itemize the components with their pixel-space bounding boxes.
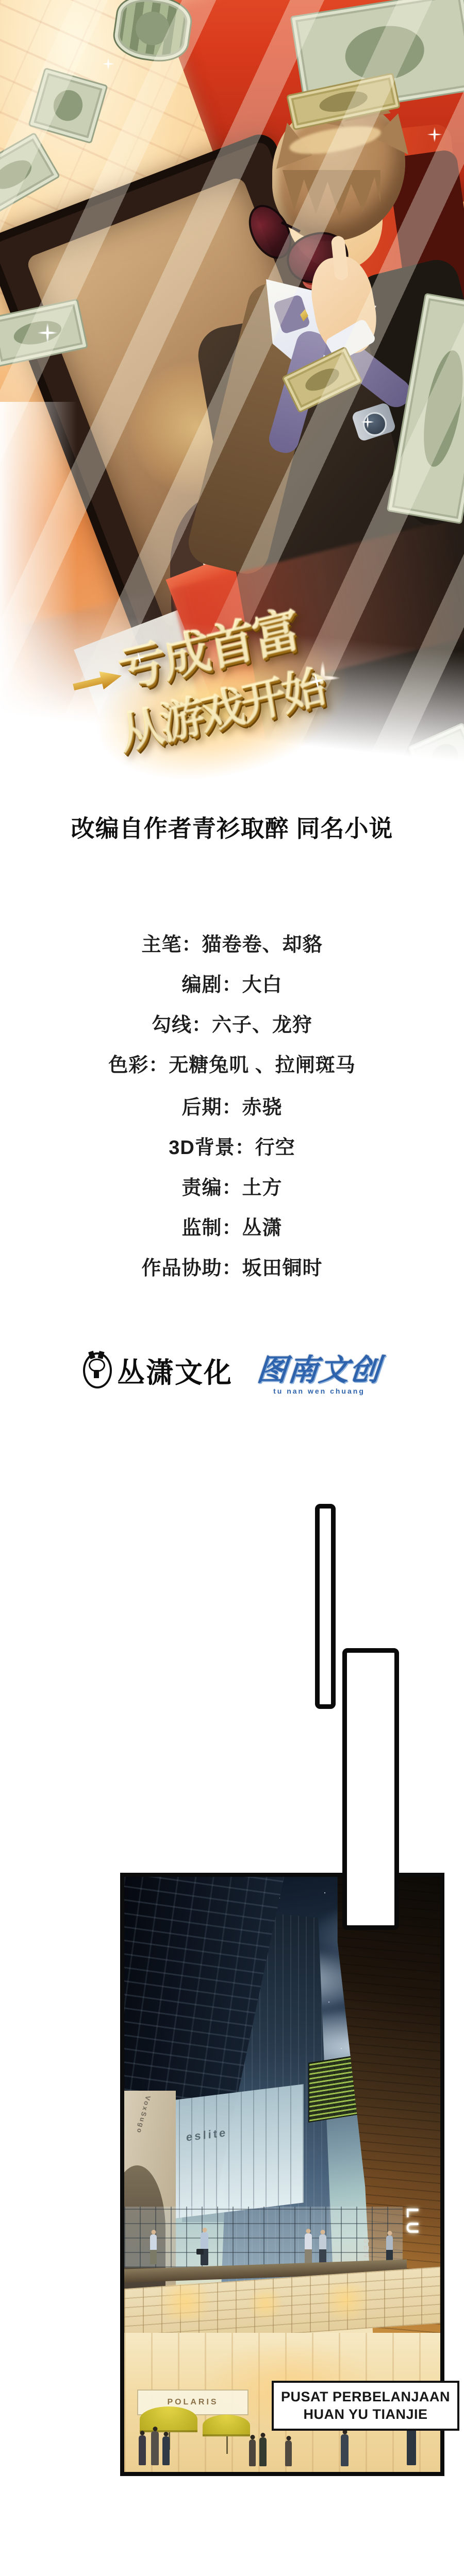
tunan-wenchuang-logo: 图南文创 tu nan wen chuang	[257, 1346, 381, 1395]
adaptation-note: 改编自作者青衫取醉 同名小说	[0, 810, 464, 844]
pedestrian	[319, 2234, 326, 2264]
credit-line: 监制：丛潇	[0, 1212, 464, 1240]
credit-line: 责编：土方	[0, 1172, 464, 1200]
shopper	[139, 2435, 146, 2465]
caption-line-2: HUAN YU TIANJIE	[303, 2406, 427, 2424]
publisher-logos: 丛潇文化 图南文创 tu nan wen chuang	[0, 1340, 464, 1401]
credit-line: 色彩：无糖兔叽 、拉闸斑马	[0, 1049, 464, 1077]
narrow-panel-1	[315, 1504, 336, 1709]
umbrella	[140, 2406, 197, 2432]
credit-line: 3D背景：行空	[0, 1131, 464, 1160]
mascot-ear	[97, 1351, 104, 1359]
publisher-right-name: 图南文创	[255, 1346, 383, 1389]
narrow-panel-2	[342, 1648, 399, 1930]
shopper	[162, 2436, 170, 2465]
mascot-ear	[88, 1351, 95, 1359]
umbrella	[203, 2415, 250, 2436]
skybridge-glass	[124, 2207, 403, 2267]
credit-line: 编剧：大白	[0, 969, 464, 997]
lu-glow-sign: LU	[403, 2208, 422, 2238]
mascot-body	[94, 1370, 99, 1378]
ceiling-lights	[145, 2284, 413, 2320]
shopper	[285, 2441, 292, 2466]
shopper	[249, 2439, 256, 2466]
credit-line: 勾线：六子、龙狩	[0, 1009, 464, 1037]
glass-facade	[154, 2084, 304, 2221]
shopper	[151, 2431, 159, 2465]
polaris-sign: POLARIS	[167, 2398, 218, 2407]
shopper	[341, 2434, 349, 2466]
caption-line-1: PUSAT PERBELANJAAN	[281, 2388, 450, 2406]
credit-line: 主笔：猫卷卷、却貉	[0, 928, 464, 957]
shopper	[259, 2437, 267, 2466]
credit-line: 作品协助：坂田铜时	[0, 1252, 464, 1280]
congxiao-culture-logo: 丛潇文化	[83, 1351, 233, 1391]
pedestrian	[150, 2234, 157, 2264]
cover-art: STD 亏成首富 从游戏开始	[0, 0, 464, 793]
publisher-left-name: 丛潇文化	[117, 1351, 233, 1391]
cat-mascot-icon	[83, 1352, 112, 1388]
pedestrian	[386, 2235, 393, 2263]
briefcase	[196, 2249, 204, 2255]
location-caption-box: PUSAT PERBELANJAAN HUAN YU TIANJIE	[272, 2381, 459, 2431]
credit-line: 后期：赤骁	[0, 1091, 464, 1120]
pedestrian	[305, 2233, 312, 2264]
